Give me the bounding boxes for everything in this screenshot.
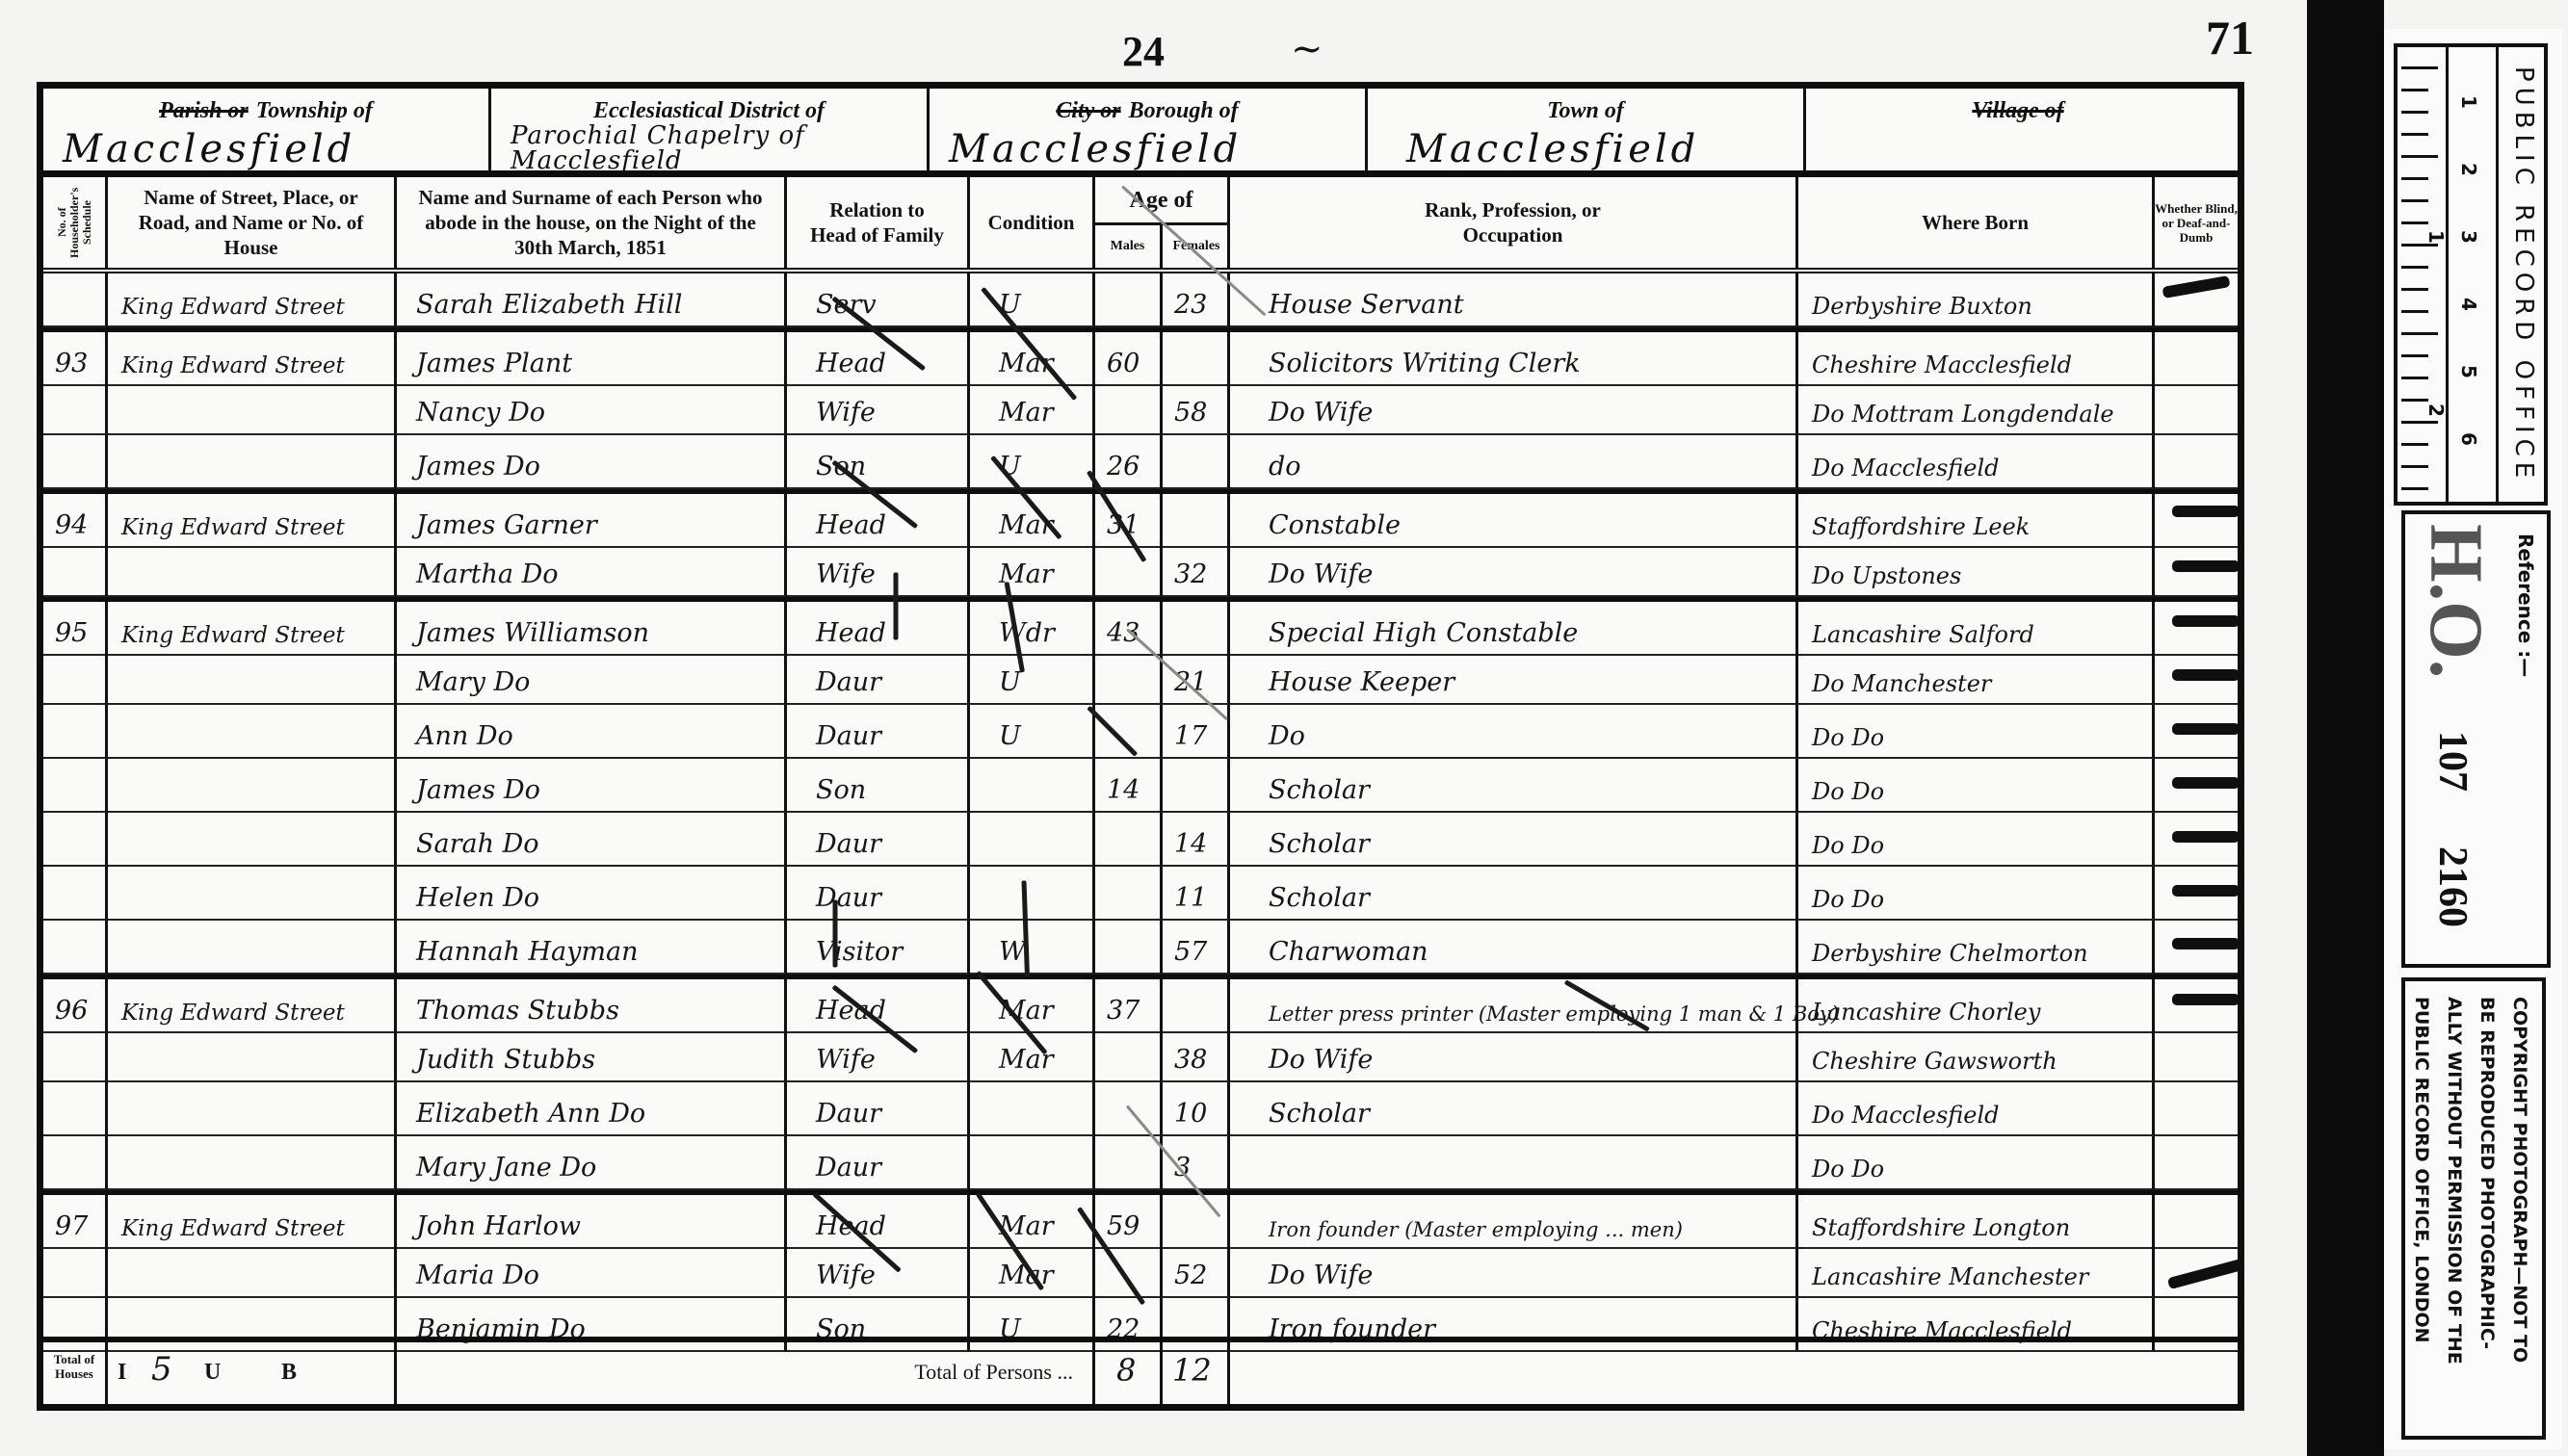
cell-text: W (999, 937, 1026, 967)
cell-name: James Plant (397, 332, 787, 386)
cell-street (108, 381, 397, 435)
cell-text: Scholar (1269, 829, 1370, 859)
cell-name: Hannah Hayman (397, 921, 787, 975)
cell-occupation: Special High Constable (1230, 602, 1798, 656)
blind-dash (2172, 669, 2240, 681)
cell-text: 23 (1174, 290, 1207, 320)
ruler-inch-label: 2 (2424, 403, 2448, 417)
cell-male-age (1095, 921, 1163, 975)
cell-blind (2155, 435, 2238, 489)
annotation-mark: ~ (1291, 27, 1323, 71)
reference-folio: 2160 (2429, 846, 2476, 927)
cell-occupation: Letter press printer (Master employing 1… (1230, 979, 1798, 1033)
blind-dash (2172, 560, 2240, 572)
col-street: Name of Street, Place, or Road, and Name… (108, 177, 397, 268)
total-females: 12 (1163, 1342, 1230, 1404)
cell-name: Elizabeth Ann Do (397, 1082, 787, 1136)
cell-text: Special High Constable (1269, 618, 1578, 648)
cell-occupation: Do Wife (1230, 1244, 1798, 1298)
cell-male-age (1095, 867, 1163, 921)
cell-text: 97 (55, 1211, 88, 1241)
ruler-inch-label: 1 (2424, 230, 2448, 244)
cell-text: 26 (1107, 452, 1140, 481)
cell-text: King Edward Street (121, 353, 345, 378)
ruler-tick (2401, 443, 2428, 446)
cell-condition: Mar (970, 332, 1095, 386)
cell-occupation: do (1230, 435, 1798, 489)
cell-relation: Head (787, 602, 970, 656)
cell-text: 17 (1174, 721, 1207, 751)
cell-occupation: Do Wife (1230, 381, 1798, 435)
cell-relation: Head (787, 1195, 970, 1249)
ruler-tick (2401, 377, 2428, 379)
cell-text: Visitor (816, 937, 903, 967)
cell-name: Judith Stubbs (397, 1028, 787, 1082)
cell-text: John Harlow (416, 1211, 581, 1241)
cell-schedule (43, 543, 108, 597)
cell-occupation: House Keeper (1230, 651, 1798, 705)
ruler-tick (2401, 465, 2428, 468)
table-row: Judith StubbsWifeMar38Do WifeCheshire Ga… (43, 1028, 2238, 1082)
cell-relation: Daur (787, 705, 970, 759)
table-row: King Edward StreetSarah Elizabeth HillSe… (43, 273, 2238, 327)
cell-text: Head (816, 510, 886, 540)
cell-condition (970, 1136, 1095, 1190)
cell-condition (970, 867, 1095, 921)
cell-text: 57 (1174, 937, 1207, 967)
ruler-cm-label: 3 (2457, 230, 2480, 244)
cell-text: U (999, 721, 1021, 751)
cell-male-age: 59 (1095, 1195, 1163, 1249)
cell-name: John Harlow (397, 1195, 787, 1249)
cell-female-age: 21 (1163, 651, 1230, 705)
cell-street (108, 813, 397, 867)
cell-blind (2155, 602, 2238, 656)
col-age-of: Age of (1095, 177, 1227, 225)
cell-male-age (1095, 543, 1163, 597)
cell-schedule (43, 1028, 108, 1082)
cell-text: Mary Jane Do (416, 1153, 596, 1183)
cell-relation: Daur (787, 651, 970, 705)
cell-name: Ann Do (397, 705, 787, 759)
cell-where-born: Do Macclesfield (1798, 435, 2155, 489)
total-houses-label: Total of Houses (43, 1342, 108, 1404)
struck-label: City or (1056, 98, 1120, 123)
table-row: 94King Edward StreetJames GarnerHeadMar3… (43, 489, 2238, 543)
table-row: James DoSon14ScholarDo Do (43, 759, 2238, 813)
ruler-tick (2401, 354, 2428, 357)
cell-text: King Edward Street (121, 1001, 345, 1026)
col-blind: Whether Blind, or Deaf-and-Dumb (2155, 177, 2238, 268)
cell-schedule: 95 (43, 602, 108, 656)
cell-text: Mar (999, 398, 1054, 428)
cell-relation: Daur (787, 867, 970, 921)
table-row: Helen DoDaur11ScholarDo Do (43, 867, 2238, 921)
blind-dash (2172, 994, 2240, 1005)
cell-occupation: Do Wife (1230, 1028, 1798, 1082)
cell-occupation: Scholar (1230, 867, 1798, 921)
cell-occupation: Solicitors Writing Clerk (1230, 332, 1798, 386)
cell-text: Daur (816, 883, 881, 913)
col-condition: Condition (970, 177, 1095, 268)
cell-female-age: 11 (1163, 867, 1230, 921)
cell-relation: Head (787, 332, 970, 386)
cell-text: Constable (1269, 510, 1401, 540)
district-town: Town of Macclesfield (1368, 89, 1806, 170)
reference-card: PUBLIC RECORD OFFICE 12345612 Reference … (2384, 29, 2562, 1449)
cell-female-age: 14 (1163, 813, 1230, 867)
cell-name: Mary Do (397, 651, 787, 705)
blind-dash (2172, 723, 2240, 735)
cell-text: Ann Do (416, 721, 513, 751)
cell-text: 95 (55, 618, 88, 648)
cell-text: Wife (816, 1045, 876, 1075)
ruler-cm-label: 1 (2457, 95, 2480, 109)
district-value: Parochial Chapelry of Macclesfield (511, 123, 915, 173)
cell-text: Do (1269, 721, 1305, 751)
cell-relation: Daur (787, 813, 970, 867)
cell-schedule (43, 1082, 108, 1136)
cell-where-born: Cheshire Gawsworth (1798, 1028, 2155, 1082)
cell-text: Mar (999, 510, 1054, 540)
cell-male-age (1095, 273, 1163, 327)
cell-schedule (43, 921, 108, 975)
cell-schedule (43, 435, 108, 489)
cell-female-age (1163, 979, 1230, 1033)
cell-occupation: House Servant (1230, 273, 1798, 327)
cell-male-age (1095, 1028, 1163, 1082)
table-row: Sarah DoDaur14ScholarDo Do (43, 813, 2238, 867)
cell-male-age (1095, 381, 1163, 435)
cell-female-age: 10 (1163, 1082, 1230, 1136)
cell-condition: Mar (970, 543, 1095, 597)
cell-where-born: Derbyshire Chelmorton (1798, 921, 2155, 975)
cell-where-born: Do Macclesfield (1798, 1082, 2155, 1136)
cell-blind (2155, 1028, 2238, 1082)
total-persons-label: Total of Persons ... (914, 1360, 1073, 1385)
cell-text: Do Macclesfield (1812, 455, 2000, 481)
ruler-cm-label: 2 (2457, 163, 2480, 176)
cell-relation: Wife (787, 381, 970, 435)
cell-relation: Daur (787, 1136, 970, 1190)
cell-text: Maria Do (416, 1261, 539, 1290)
cell-name: Maria Do (397, 1244, 787, 1298)
tally-stroke (894, 573, 899, 640)
cell-relation: Son (787, 435, 970, 489)
table-row: 93King Edward StreetJames PlantHeadMar60… (43, 327, 2238, 381)
cell-text: Derbyshire Chelmorton (1812, 940, 2088, 967)
cell-street: King Edward Street (108, 979, 397, 1033)
cell-where-born: Lancashire Chorley (1798, 979, 2155, 1033)
ruler-tick (2401, 332, 2438, 335)
cell-text: Derbyshire Buxton (1812, 293, 2032, 320)
tally-stroke (833, 900, 838, 968)
page-number: 71 (2206, 10, 2254, 65)
cell-text: Charwoman (1269, 937, 1428, 967)
cell-text: 96 (55, 996, 88, 1026)
ruler-tick (2401, 399, 2428, 402)
cell-where-born: Do Manchester (1798, 651, 2155, 705)
cell-text: Wdr (999, 618, 1055, 648)
ruler-tick (2401, 288, 2428, 291)
cell-text: King Edward Street (121, 1216, 345, 1241)
cell-name: Helen Do (397, 867, 787, 921)
cell-street (108, 435, 397, 489)
total-females-value: 12 (1172, 1352, 1212, 1389)
cell-condition: U (970, 651, 1095, 705)
cell-name: Nancy Do (397, 381, 787, 435)
cell-street (108, 705, 397, 759)
cell-blind (2155, 332, 2238, 386)
cell-blind (2155, 1082, 2238, 1136)
cell-street (108, 1028, 397, 1082)
cell-text: Solicitors Writing Clerk (1269, 349, 1581, 378)
cell-female-age: 58 (1163, 381, 1230, 435)
cell-text: James Do (416, 452, 540, 481)
cell-text: Do Wife (1269, 1045, 1373, 1075)
district-label: Township of (256, 98, 373, 123)
col-where-born: Where Born (1798, 177, 2155, 268)
copyright-line: COPYRIGHT PHOTOGRAPH—NOT TO (2503, 997, 2536, 1365)
cell-occupation (1230, 1136, 1798, 1190)
cell-condition: Mar (970, 1195, 1095, 1249)
cell-street (108, 867, 397, 921)
reference-box: Reference :— H.O. 107 2160 (2401, 510, 2551, 968)
cell-female-age: 23 (1163, 273, 1230, 327)
cell-text: Sarah Do (416, 829, 538, 859)
col-occupation: Rank, Profession, or Occupation (1230, 177, 1798, 268)
cell-text: Daur (816, 829, 881, 859)
cell-female-age (1163, 759, 1230, 813)
table-row: Mary DoDaurU21House KeeperDo Manchester (43, 651, 2238, 705)
ruler-tick (2401, 111, 2428, 114)
cell-schedule (43, 1244, 108, 1298)
district-township: Parish orTownship of Macclesfield (43, 89, 491, 170)
struck-label: Village of (1972, 98, 2063, 123)
ruler-tick (2401, 421, 2438, 424)
cell-text: 52 (1174, 1261, 1207, 1290)
cell-male-age (1095, 1136, 1163, 1190)
cell-text: Do Mottram Longdendale (1812, 401, 2114, 428)
cell-text: 10 (1174, 1099, 1207, 1129)
cell-blind (2155, 1136, 2238, 1190)
blind-dash (2172, 777, 2240, 789)
cell-occupation: Do Wife (1230, 543, 1798, 597)
cell-where-born: Staffordshire Leek (1798, 494, 2155, 548)
cell-male-age: 26 (1095, 435, 1163, 489)
cell-blind (2155, 494, 2238, 548)
cell-street: King Edward Street (108, 273, 397, 327)
copyright-line: BE REPRODUCED PHOTOGRAPHIC- (2471, 997, 2503, 1365)
cell-text: Do Do (1812, 832, 1884, 859)
cell-text: Thomas Stubbs (416, 996, 619, 1026)
cell-name: Sarah Do (397, 813, 787, 867)
cell-text: Head (816, 349, 886, 378)
cell-text: Do Macclesfield (1812, 1102, 2000, 1129)
blind-dash (2172, 615, 2240, 627)
ruler-cm-label: 4 (2457, 298, 2480, 311)
cell-schedule (43, 651, 108, 705)
ruler-tick (2401, 221, 2428, 224)
cell-male-age (1095, 651, 1163, 705)
blind-dash (2172, 506, 2240, 517)
cell-male-age: 14 (1095, 759, 1163, 813)
cell-relation: Daur (787, 1082, 970, 1136)
ruler-tick (2401, 487, 2428, 490)
uninhabited-label: U (204, 1360, 221, 1386)
cell-where-born: Derbyshire Buxton (1798, 273, 2155, 327)
cell-male-age: 60 (1095, 332, 1163, 386)
cell-schedule (43, 705, 108, 759)
cell-where-born: Cheshire Macclesfield (1798, 332, 2155, 386)
cell-text: 43 (1107, 618, 1140, 648)
cell-name: Sarah Elizabeth Hill (397, 273, 787, 327)
cell-occupation: Constable (1230, 494, 1798, 548)
cell-text: 60 (1107, 349, 1140, 378)
cell-name: James Do (397, 759, 787, 813)
cell-text: Letter press printer (Master employing 1… (1269, 1002, 1839, 1026)
col-schedule-label: No. of Householder's Schedule (56, 177, 93, 268)
district-ecclesiastical: Ecclesiastical District of Parochial Cha… (491, 89, 930, 170)
cell-condition: U (970, 435, 1095, 489)
cell-blind (2155, 979, 2238, 1033)
cell-schedule (43, 813, 108, 867)
cell-text: Helen Do (416, 883, 539, 913)
cell-text: Do Wife (1269, 559, 1373, 589)
cell-text: Do Manchester (1812, 670, 1991, 697)
cell-text: do (1269, 452, 1301, 481)
cell-text: Scholar (1269, 883, 1370, 913)
cell-where-born: Do Do (1798, 705, 2155, 759)
cell-name: Thomas Stubbs (397, 979, 787, 1033)
district-borough: City orBorough of Macclesfield (930, 89, 1368, 170)
cell-street: King Edward Street (108, 1195, 397, 1249)
cell-schedule (43, 381, 108, 435)
cell-where-born: Do Do (1798, 1136, 2155, 1190)
folio-number: 24 (1122, 27, 1165, 76)
cell-female-age (1163, 1195, 1230, 1249)
inch-scale (2398, 47, 2449, 502)
cell-text: Hannah Hayman (416, 937, 638, 967)
ruler-tick (2401, 133, 2428, 136)
ruler-cm-label: 5 (2457, 365, 2480, 378)
cell-condition: W (970, 921, 1095, 975)
cell-occupation: Iron founder (Master employing ... men) (1230, 1195, 1798, 1249)
cell-text: Scholar (1269, 775, 1370, 805)
ruler-tick (2401, 266, 2428, 269)
district-label: Ecclesiastical District of (593, 98, 825, 123)
cell-text: Judith Stubbs (416, 1045, 595, 1075)
col-males: Males (1095, 225, 1163, 268)
cell-schedule: 96 (43, 979, 108, 1033)
cell-occupation: Do (1230, 705, 1798, 759)
district-value: Macclesfield (949, 127, 1242, 171)
cell-where-born: Do Do (1798, 867, 2155, 921)
reference-label: Reference :— (2514, 533, 2537, 677)
cell-text: 21 (1174, 667, 1207, 697)
cell-schedule: 97 (43, 1195, 108, 1249)
cell-text: King Edward Street (121, 515, 345, 540)
totals-row: Total of Houses I 5 U B Total of Persons… (43, 1337, 2238, 1404)
cell-text: U (999, 667, 1021, 697)
cell-text: 32 (1174, 559, 1207, 589)
column-headers: No. of Householder's Schedule Name of St… (43, 177, 2238, 273)
cell-condition (970, 813, 1095, 867)
col-schedule: No. of Householder's Schedule (43, 177, 108, 268)
cell-text: Mary Do (416, 667, 530, 697)
cell-text: Lancashire Salford (1812, 621, 2034, 648)
cell-text: Do Do (1812, 778, 1884, 805)
cell-occupation: Charwoman (1230, 921, 1798, 975)
cell-female-age (1163, 494, 1230, 548)
cell-text: King Edward Street (121, 623, 345, 648)
cell-occupation: Scholar (1230, 759, 1798, 813)
cell-text: House Servant (1269, 290, 1464, 320)
cell-female-age (1163, 435, 1230, 489)
total-persons-label-cell: Total of Persons ... (397, 1342, 1095, 1404)
cell-text: Martha Do (416, 559, 558, 589)
cell-condition (970, 759, 1095, 813)
cell-where-born: Lancashire Manchester (1798, 1244, 2155, 1298)
table-row: Hannah HaymanVisitorW57CharwomanDerbyshi… (43, 921, 2238, 975)
cell-text: Elizabeth Ann Do (416, 1099, 645, 1129)
copyright-line: PUBLIC RECORD OFFICE, LONDON (2405, 997, 2438, 1365)
col-name: Name and Surname of each Person who abod… (397, 177, 787, 268)
cell-schedule (43, 759, 108, 813)
cell-name: Martha Do (397, 543, 787, 597)
ruler-tick (2401, 177, 2428, 180)
cell-relation: Visitor (787, 921, 970, 975)
cell-text: 94 (55, 510, 88, 540)
cell-where-born: Do Do (1798, 813, 2155, 867)
cell-name: James Williamson (397, 602, 787, 656)
cell-female-age (1163, 332, 1230, 386)
cell-text: Wife (816, 398, 876, 428)
cell-text: King Edward Street (121, 295, 345, 320)
cell-text: Lancashire Manchester (1812, 1263, 2088, 1290)
cell-condition: Mar (970, 381, 1095, 435)
total-males-value: 8 (1116, 1352, 1136, 1389)
table-row: Mary Jane DoDaur3Do Do (43, 1136, 2238, 1190)
cell-street (108, 759, 397, 813)
cell-relation: Serv (787, 273, 970, 327)
cell-occupation: Scholar (1230, 1082, 1798, 1136)
cell-where-born: Do Do (1798, 759, 2155, 813)
table-row: Maria DoWifeMar52Do WifeLancashire Manch… (43, 1244, 2238, 1298)
ruler-tick (2401, 155, 2438, 158)
cell-text: Daur (816, 1099, 881, 1129)
ruler-title: PUBLIC RECORD OFFICE (2509, 66, 2538, 483)
cell-schedule (43, 867, 108, 921)
ruler-cm-label: 6 (2457, 432, 2480, 446)
cell-text: 58 (1174, 398, 1207, 428)
cell-schedule: 94 (43, 494, 108, 548)
table-row: 97King Edward StreetJohn HarlowHeadMar59… (43, 1190, 2238, 1244)
cell-text: Cheshire Gawsworth (1812, 1048, 2057, 1075)
cell-text: Scholar (1269, 1099, 1370, 1129)
cell-text: Do Do (1812, 1156, 1884, 1183)
district-header: Parish orTownship of Macclesfield Eccles… (43, 89, 2238, 177)
cell-street (108, 543, 397, 597)
cell-female-age: 57 (1163, 921, 1230, 975)
building-label: B (281, 1360, 297, 1386)
cell-occupation: Scholar (1230, 813, 1798, 867)
cell-text: Do Do (1812, 886, 1884, 913)
cell-schedule: 93 (43, 332, 108, 386)
struck-label: Parish or (159, 98, 249, 123)
cell-text: Sarah Elizabeth Hill (416, 290, 682, 320)
total-males: 8 (1095, 1342, 1163, 1404)
